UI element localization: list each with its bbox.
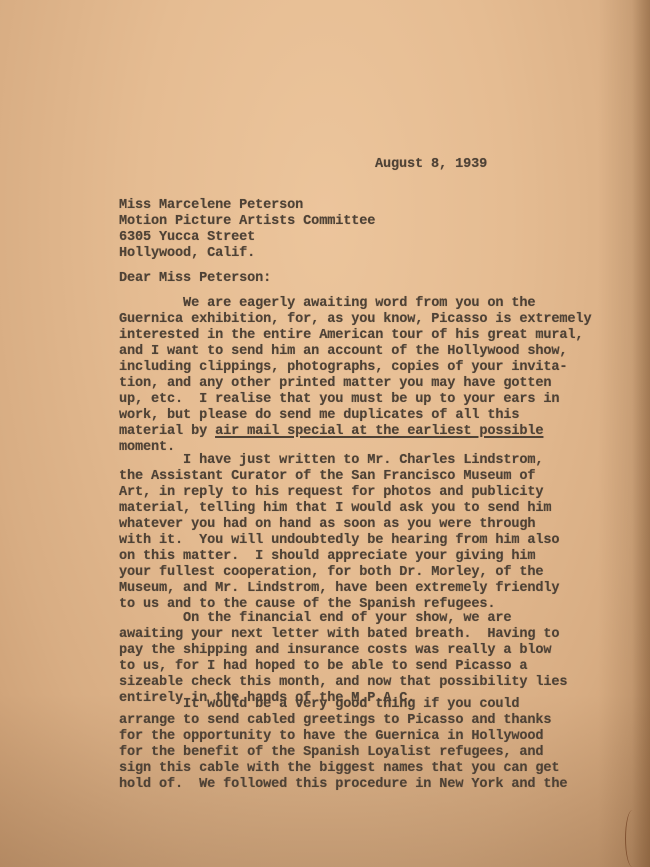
text-line: material by air mail special at the earl…	[119, 424, 591, 440]
address-line: Motion Picture Artists Committee	[119, 214, 375, 230]
text-line: your fullest cooperation, for both Dr. M…	[119, 565, 559, 581]
letter-date: August 8, 1939	[375, 157, 487, 173]
text-line: up, etc. I realise that you must be up t…	[119, 392, 591, 408]
address-line: 6305 Yucca Street	[119, 230, 375, 246]
paragraph-1: We are eagerly awaiting word from you on…	[119, 296, 591, 456]
text-line: work, but please do send me duplicates o…	[119, 408, 591, 424]
text-line: I have just written to Mr. Charles Linds…	[119, 453, 559, 469]
page-edge-shadow	[632, 0, 650, 867]
text-line: tion, and any other printed matter you m…	[119, 376, 591, 392]
text-line: pay the shipping and insurance costs was…	[119, 643, 567, 659]
text-line: and I want to send him an account of the…	[119, 344, 591, 360]
recipient-address: Miss Marcelene PetersonMotion Picture Ar…	[119, 198, 375, 262]
salutation: Dear Miss Peterson:	[119, 271, 271, 287]
address-line: Hollywood, Calif.	[119, 246, 375, 262]
text-line: for the benefit of the Spanish Loyalist …	[119, 745, 567, 761]
text-line: sign this cable with the biggest names t…	[119, 761, 567, 777]
text-line: Art, in reply to his request for photos …	[119, 485, 559, 501]
text-line: arrange to send cabled greetings to Pica…	[119, 713, 567, 729]
text-line: to us, for I had hoped to be able to sen…	[119, 659, 567, 675]
text-line: whatever you had on hand as soon as you …	[119, 517, 559, 533]
text-line: interested in the entire American tour o…	[119, 328, 591, 344]
text-line: including clippings, photographs, copies…	[119, 360, 591, 376]
text-line: On the financial end of your show, we ar…	[119, 611, 567, 627]
text-line: We are eagerly awaiting word from you on…	[119, 296, 591, 312]
paragraph-2: I have just written to Mr. Charles Linds…	[119, 453, 559, 613]
text-line: It would be a very good thing if you cou…	[119, 697, 567, 713]
text-line: for the opportunity to have the Guernica…	[119, 729, 567, 745]
text-line: on this matter. I should appreciate your…	[119, 549, 559, 565]
letter-page: August 8, 1939 Miss Marcelene PetersonMo…	[0, 0, 650, 867]
paragraph-3: On the financial end of your show, we ar…	[119, 611, 567, 707]
text-line: hold of. We followed this procedure in N…	[119, 777, 567, 793]
text-fragment: material by	[119, 424, 215, 439]
paragraph-4: It would be a very good thing if you cou…	[119, 697, 567, 793]
text-line: with it. You will undoubtedly be hearing…	[119, 533, 559, 549]
ink-mark	[625, 810, 640, 867]
text-line: the Assistant Curator of the San Francis…	[119, 469, 559, 485]
address-line: Miss Marcelene Peterson	[119, 198, 375, 214]
text-line: material, telling him that I would ask y…	[119, 501, 559, 517]
text-line: sizeable check this month, and now that …	[119, 675, 567, 691]
text-line: Guernica exhibition, for, as you know, P…	[119, 312, 591, 328]
text-line: Museum, and Mr. Lindstrom, have been ext…	[119, 581, 559, 597]
underlined-text: air mail special at the earliest possibl…	[215, 424, 543, 439]
text-line: awaiting your next letter with bated bre…	[119, 627, 567, 643]
